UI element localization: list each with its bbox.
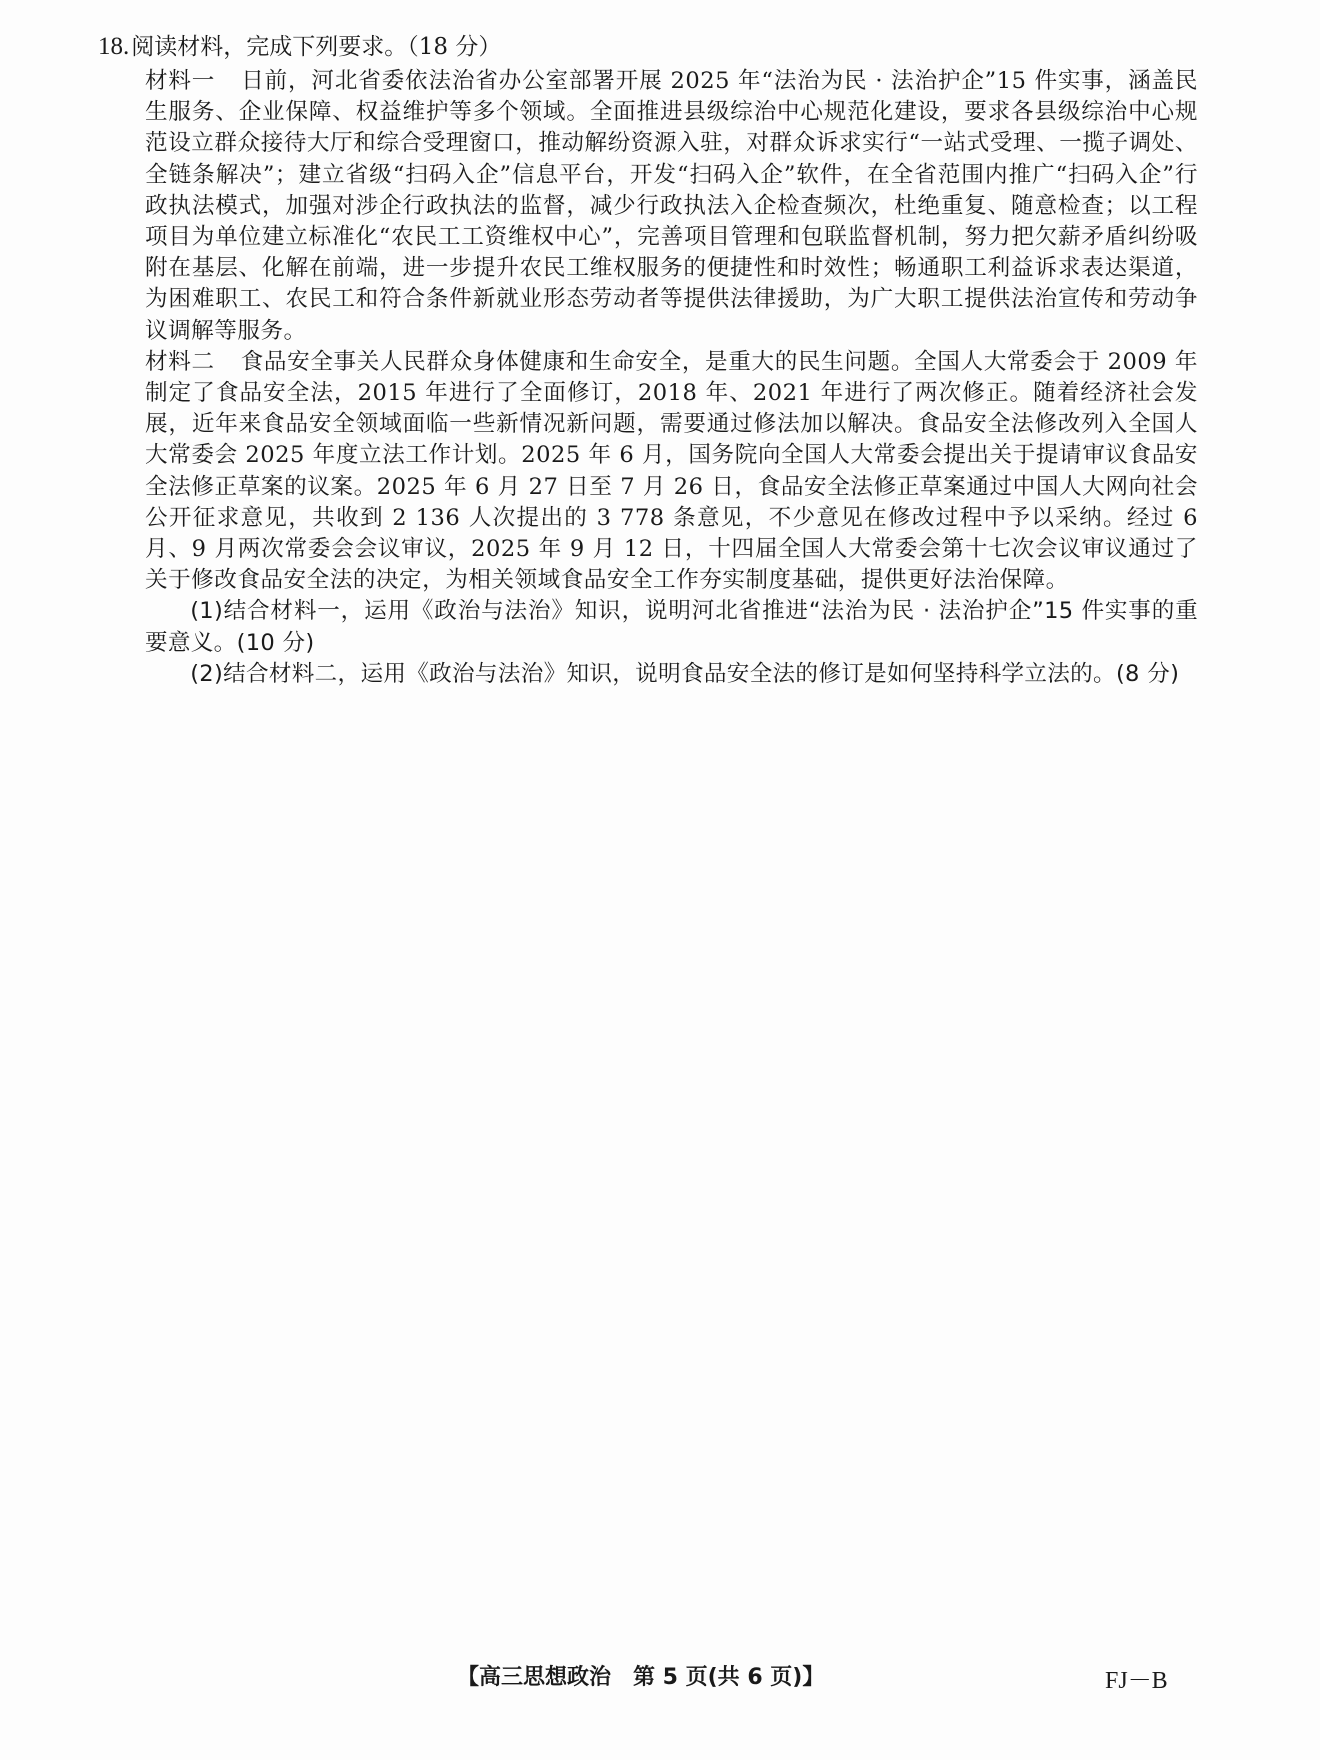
footer-page-info: 【高三思想政治 第 5 页(共 6 页)】 (457, 1660, 824, 1691)
sub-question-1: (1)结合材料一，运用《政治与法治》知识，说明河北省推进“法治为民 · 法治护企… (145, 596, 1198, 658)
question-number: 18. (98, 33, 129, 60)
material-two-text: 食品安全事关人民群众身体健康和生命安全，是重大的民生问题。全国人大常委会于 20… (145, 349, 1198, 593)
material-one-text: 日前，河北省委依法治省办公室部署开展 2025 年“法治为民 · 法治护企”15… (145, 68, 1198, 344)
sub-question-2: (2)结合材料二，运用《政治与法治》知识，说明食品安全法的修订是如何坚持科学立法… (145, 659, 1198, 690)
page-footer: 【高三思想政治 第 5 页(共 6 页)】 FJ－B (0, 1660, 1320, 1692)
material-one-label: 材料一 (145, 68, 215, 94)
footer-paper-code: FJ－B (1105, 1660, 1168, 1695)
question-body: 材料一日前，河北省委依法治省办公室部署开展 2025 年“法治为民 · 法治护企… (145, 66, 1198, 690)
material-two-label: 材料二 (145, 349, 215, 375)
question-instruction: 阅读材料，完成下列要求。（18 分） (131, 34, 501, 60)
material-two: 材料二食品安全事关人民群众身体健康和生命安全，是重大的民生问题。全国人大常委会于… (145, 347, 1198, 597)
question-header: 18.阅读材料，完成下列要求。（18 分） (98, 32, 501, 62)
exam-page: 18.阅读材料，完成下列要求。（18 分） 材料一日前，河北省委依法治省办公室部… (0, 0, 1320, 1760)
material-one: 材料一日前，河北省委依法治省办公室部署开展 2025 年“法治为民 · 法治护企… (145, 66, 1198, 347)
